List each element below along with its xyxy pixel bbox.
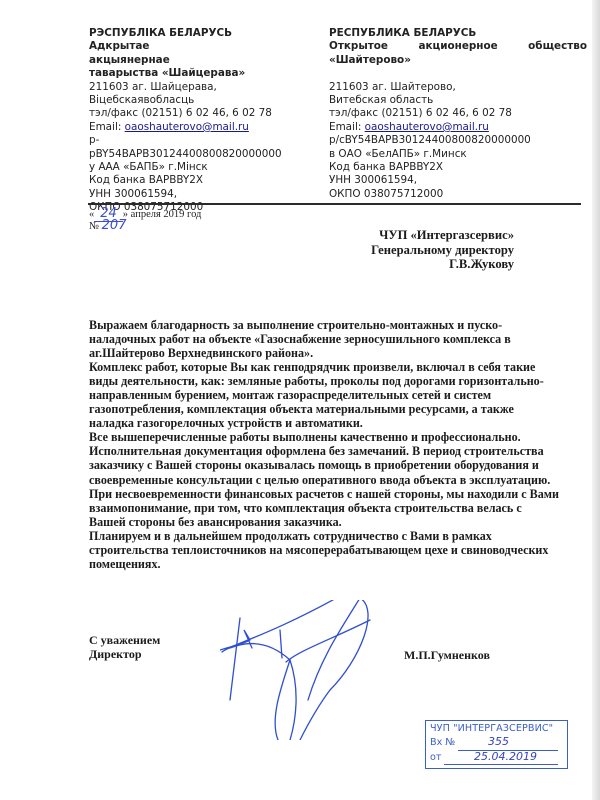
unn: УНН 300061594,: [89, 188, 289, 201]
stamp-in-no: 355: [488, 735, 509, 748]
body-paragraph: Все вышеперечисленные работы выполнены к…: [89, 430, 559, 486]
phone: тэл/факс (02151) 6 02 46, 6 02 78: [89, 107, 289, 120]
org-word: Открытое: [329, 40, 388, 53]
okpo: ОКПО 038075712000: [329, 188, 587, 201]
org-type-line: Открытое акционерное общество: [329, 40, 587, 53]
bank-account: р/сBY54BAPB30124400800820000000: [329, 134, 587, 147]
org-name: «Шайтерово»: [329, 54, 587, 67]
letter-number: № 207: [89, 219, 126, 233]
email-label: Email:: [89, 121, 125, 133]
addressee-position: Генеральному директору: [371, 243, 514, 258]
bank-account: р-рBY54BAPB30124400800820000000: [89, 134, 289, 161]
phone: тэл/факс (02151) 6 02 46, 6 02 78: [329, 107, 587, 120]
org-word: акционерное: [418, 40, 497, 53]
body-paragraph: Планируем и в дальнейшем продолжать сотр…: [89, 529, 559, 571]
stamp-date-label: от: [430, 752, 441, 763]
handwritten-number: 207: [102, 218, 127, 233]
address-line: 211603 аг. Шайтерово,: [329, 81, 587, 94]
address-line: Витебская область: [329, 94, 587, 107]
org-line: акцыянернае: [89, 54, 289, 67]
closing: С уважением Директор: [89, 633, 160, 661]
header-divider: [88, 203, 581, 205]
org-line: таварыства «Шайцерава»: [89, 67, 289, 80]
country-ru: РЕСПУБЛИКА БЕЛАРУСЬ: [329, 27, 587, 40]
addressee-name: Г.В.Жукову: [371, 257, 514, 272]
org-line: Адкрытае: [89, 40, 289, 53]
unn: УНН 300061594,: [329, 174, 587, 187]
signer-position: Директор: [89, 647, 160, 661]
stamp-date: 25.04.2019: [474, 750, 537, 763]
signature-icon: [220, 600, 380, 740]
address-line: 211603 аг. Шайцерава,: [89, 81, 289, 94]
email-row: Email: oaoshauterovo@mail.ru: [89, 121, 289, 134]
country-be: РЭСПУБЛІКА БЕЛАРУСЬ: [89, 27, 289, 40]
addressee-company: ЧУП «Интергазсервис»: [371, 228, 514, 243]
bank-code: Код банка BAPBBY2X: [89, 174, 289, 187]
date-month-year: апреля 2019 год: [128, 209, 201, 220]
address-line: Віцебскаявобласць: [89, 94, 289, 107]
incoming-stamp: ЧУП "ИНТЕРГАЗСЕРВИС" Вх № 355 от 25.04.2…: [425, 720, 568, 769]
bank-name: у ААА «БАПБ» г.Мінск: [89, 161, 289, 174]
stamp-in-no-label: Вх №: [430, 737, 455, 748]
number-label: №: [89, 221, 99, 232]
regards: С уважением: [89, 633, 160, 647]
org-word: общество: [528, 40, 587, 53]
email-label: Email:: [329, 121, 365, 133]
spacer: [329, 67, 587, 80]
letter-body: Выражаем благодарность за выполнение стр…: [89, 318, 559, 571]
body-paragraph: Комплекс работ, которые Вы как генподряд…: [89, 360, 559, 430]
addressee: ЧУП «Интергазсервис» Генеральному директ…: [371, 228, 514, 272]
body-paragraph: При несвоевременности финансовых расчето…: [89, 487, 559, 529]
stamp-title: ЧУП "ИНТЕРГАЗСЕРВИС": [430, 723, 553, 734]
scan-edge: [592, 0, 600, 800]
bank-code: Код банка BAPBBY2X: [329, 161, 587, 174]
stamp-line: [444, 764, 558, 765]
letterhead-left: РЭСПУБЛІКА БЕЛАРУСЬ Адкрытае акцыянернае…: [89, 27, 289, 215]
bank-name: в ОАО «БелАПБ» г.Минск: [329, 148, 587, 161]
email-link[interactable]: oaoshauterovo@mail.ru: [125, 121, 249, 133]
body-paragraph: Выражаем благодарность за выполнение стр…: [89, 318, 559, 360]
signer-name: М.П.Гумненков: [404, 648, 490, 662]
letterhead-right: РЕСПУБЛИКА БЕЛАРУСЬ Открытое акционерное…: [329, 27, 587, 201]
email-link[interactable]: oaoshauterovo@mail.ru: [365, 121, 489, 133]
email-row: Email: oaoshauterovo@mail.ru: [329, 121, 587, 134]
